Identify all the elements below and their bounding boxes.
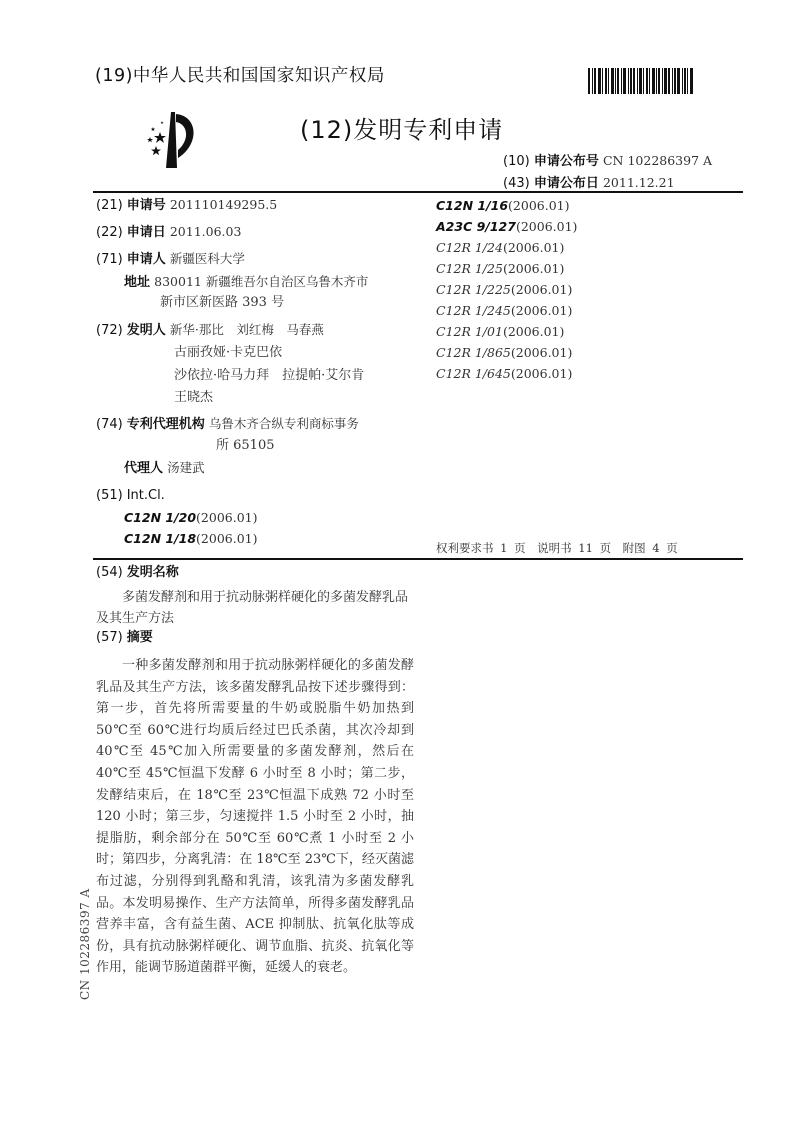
ipc-code: C12R 1/645 xyxy=(436,366,511,381)
publication-number-label: 申请公布号 xyxy=(534,154,599,169)
ipc-item: C12R 1/24(2006.01) xyxy=(436,240,564,255)
ipc-version: (2006.01) xyxy=(196,510,257,525)
field-label: 摘要 xyxy=(127,630,153,645)
ipc-version: (2006.01) xyxy=(511,345,572,360)
invention-title-heading: (54)发明名称 xyxy=(96,565,179,581)
ipc-code: C12R 1/865 xyxy=(436,345,511,360)
inventors-line-2: 古丽孜娅·卡克巴依 xyxy=(174,345,282,361)
field-value: 201110149295.5 xyxy=(170,197,277,212)
ipc-code: C12R 1/01 xyxy=(436,324,503,339)
ipc-item: C12R 1/01(2006.01) xyxy=(436,324,564,339)
publication-number: (10) 申请公布号 CN 102286397 A xyxy=(503,150,712,169)
int-cl-item: C12N 1/20(2006.01) xyxy=(124,510,258,525)
field-label: 申请人 xyxy=(127,252,166,267)
field-label: 发明名称 xyxy=(127,565,179,580)
ipc-code: C12R 1/24 xyxy=(436,240,503,255)
ipc-item: C12R 1/225(2006.01) xyxy=(436,282,572,297)
agency-line-2: 所 65105 xyxy=(216,438,275,454)
ipc-code: C12N 1/18 xyxy=(124,531,196,546)
side-publication-id: CN 102286397 A xyxy=(78,888,92,1000)
ipc-version: (2006.01) xyxy=(503,324,564,339)
barcode-icon xyxy=(588,68,706,94)
publication-date-value: 2011.12.21 xyxy=(603,175,675,190)
application-number-field: (21)申请号 201110149295.5 xyxy=(96,197,277,214)
field-label: 专利代理机构 xyxy=(127,417,205,432)
inventors-line-3: 沙依拉·哈马力拜 拉提帕·艾尔肯 xyxy=(174,368,364,384)
filing-date-field: (22)申请日 2011.06.03 xyxy=(96,224,241,241)
field-label: 代理人 xyxy=(124,461,163,476)
field-code: (51) xyxy=(96,488,123,503)
int-cl-item: C12N 1/18(2006.01) xyxy=(124,531,258,546)
ipc-item: C12N 1/16(2006.01) xyxy=(436,198,570,213)
field-label: 申请日 xyxy=(127,225,166,240)
publication-date-code: (43) xyxy=(503,176,530,191)
ipc-version: (2006.01) xyxy=(503,261,564,276)
ipc-version: (2006.01) xyxy=(516,219,577,234)
field-label: 发明人 xyxy=(127,323,166,338)
abstract-heading: (57)摘要 xyxy=(96,630,153,646)
ipc-code: C12N 1/20 xyxy=(124,510,196,525)
abstract-text: 一种多菌发酵剂和用于抗动脉粥样硬化的多菌发酵乳品及其生产方法，该多菌发酵乳品按下… xyxy=(96,655,414,979)
address-line-2: 新市区新医路 393 号 xyxy=(160,295,284,311)
field-code: (72) xyxy=(96,323,123,338)
ipc-version: (2006.01) xyxy=(511,282,572,297)
address-field: 地址 830011 新疆维吾尔自治区乌鲁木齐市 xyxy=(124,274,368,291)
ipc-version: (2006.01) xyxy=(503,240,564,255)
field-value: 新华·那比 刘红梅 马春燕 xyxy=(170,322,324,337)
ipc-item: C12R 1/865(2006.01) xyxy=(436,345,572,360)
ipc-version: (2006.01) xyxy=(196,531,257,546)
ipc-version: (2006.01) xyxy=(511,366,572,381)
field-label: 申请号 xyxy=(127,198,166,213)
ipc-item: C12R 1/645(2006.01) xyxy=(436,366,572,381)
office-name: (19)中华人民共和国国家知识产权局 xyxy=(95,62,385,87)
publication-number-code: (10) xyxy=(503,154,530,169)
applicant-field: (71)申请人 新疆医科大学 xyxy=(96,251,245,268)
publication-number-value: CN 102286397 A xyxy=(603,153,712,168)
field-value: 乌鲁木齐合纵专利商标事务 xyxy=(209,416,359,431)
ipc-code: C12R 1/245 xyxy=(436,303,511,318)
int-cl-field: (51)Int.Cl. xyxy=(96,488,165,504)
ipc-code: A23C 9/127 xyxy=(436,219,516,234)
ipc-code: C12N 1/16 xyxy=(436,198,508,213)
inventors-field: (72)发明人 新华·那比 刘红梅 马春燕 xyxy=(96,322,324,339)
agency-field: (74)专利代理机构 乌鲁木齐合纵专利商标事务 xyxy=(96,416,359,433)
section-divider xyxy=(93,558,743,560)
field-code: (22) xyxy=(96,225,123,240)
publication-date-label: 申请公布日 xyxy=(534,176,599,191)
field-value: 830011 新疆维吾尔自治区乌鲁木齐市 xyxy=(154,274,368,289)
field-value: 新疆医科大学 xyxy=(170,251,245,266)
ipc-code: C12R 1/25 xyxy=(436,261,503,276)
field-code: (57) xyxy=(96,630,123,645)
cnipa-logo-icon xyxy=(138,110,200,170)
page-counts: 权利要求书 1 页 说明书 11 页 附图 4 页 xyxy=(436,540,678,556)
invention-title: 多菌发酵剂和用于抗动脉粥样硬化的多菌发酵乳品及其生产方法 xyxy=(96,587,414,629)
field-code: (71) xyxy=(96,252,123,267)
inventors-line-4: 王晓杰 xyxy=(174,390,213,406)
document-type-title: (12)发明专利申请 xyxy=(300,110,503,145)
field-label: Int.Cl. xyxy=(127,488,165,503)
field-value: 汤建武 xyxy=(167,460,205,475)
ipc-code: C12R 1/225 xyxy=(436,282,511,297)
ipc-item: C12R 1/245(2006.01) xyxy=(436,303,572,318)
agent-field: 代理人 汤建武 xyxy=(124,460,205,477)
field-value: 2011.06.03 xyxy=(170,224,242,239)
field-code: (74) xyxy=(96,417,123,432)
ipc-version: (2006.01) xyxy=(511,303,572,318)
field-code: (54) xyxy=(96,565,123,580)
field-code: (21) xyxy=(96,198,123,213)
ipc-item: C12R 1/25(2006.01) xyxy=(436,261,564,276)
ipc-version: (2006.01) xyxy=(508,198,569,213)
publication-date: (43) 申请公布日 2011.12.21 xyxy=(503,172,675,191)
header-divider xyxy=(93,191,743,193)
ipc-item: A23C 9/127(2006.01) xyxy=(436,219,577,234)
field-label: 地址 xyxy=(124,275,150,290)
